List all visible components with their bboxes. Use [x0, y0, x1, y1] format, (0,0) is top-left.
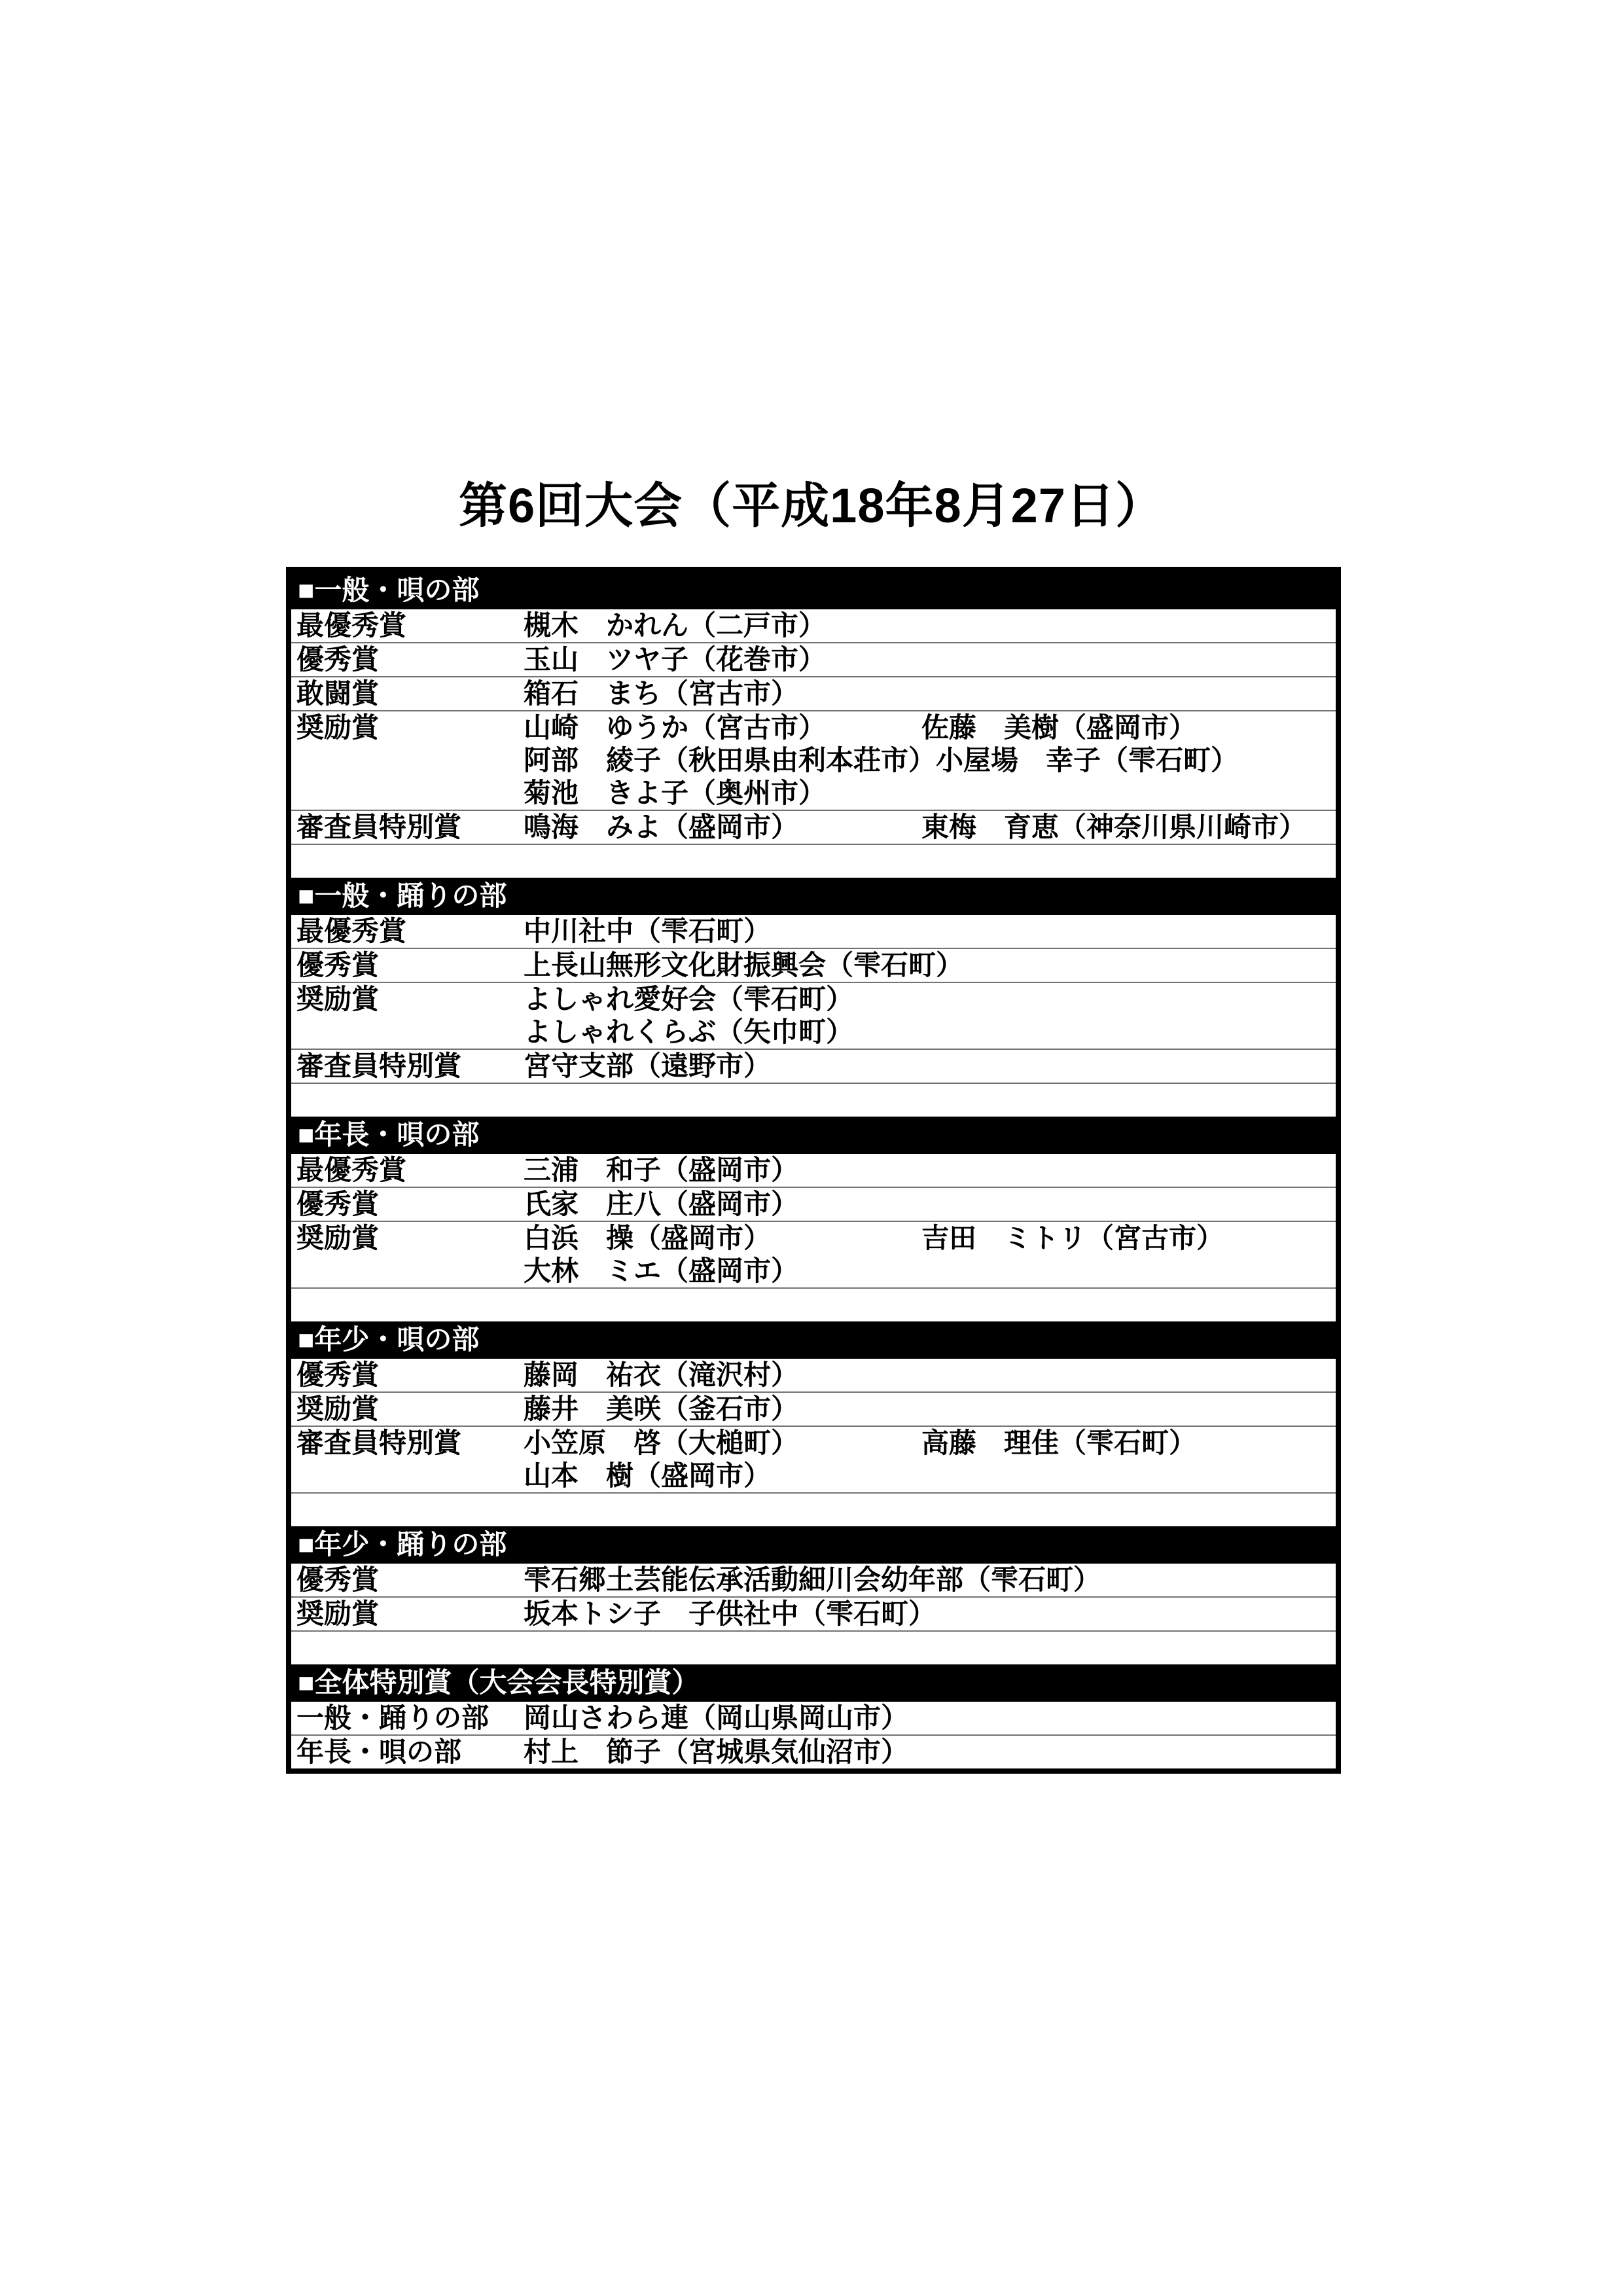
winner-lines: 藤岡 祐衣（滝沢村）: [524, 1359, 1336, 1391]
award-category-label: 奨励賞: [291, 983, 524, 1049]
winner-lines: 箱石 まち（宮古市）: [524, 677, 1336, 710]
winner-lines: 白浜 操（盛岡市） 吉田 ミトリ（宮古市） 大林 ミエ（盛岡市）: [524, 1222, 1336, 1287]
award-section: ■年少・唄の部 優秀賞 藤岡 祐衣（滝沢村） 奨励賞 藤井 美咲（釜石市） 審査…: [291, 1321, 1336, 1526]
awards-table: ■一般・唄の部 最優秀賞 槻木 かれん（二戸市） 優秀賞 玉山 ツヤ子（花巻市）…: [286, 567, 1341, 1774]
winner-primary: 阿部 綾子（秋田県由利本荘市）: [524, 744, 936, 777]
winner-secondary: 高藤 理佳（雫石町）: [921, 1427, 1336, 1460]
winner-line: 氏家 庄八（盛岡市）: [524, 1188, 1336, 1221]
award-row: 優秀賞 玉山 ツヤ子（花巻市）: [291, 642, 1336, 676]
award-category-label: 優秀賞: [291, 1564, 524, 1596]
award-category-label: 優秀賞: [291, 1188, 524, 1221]
winner-line: 白浜 操（盛岡市） 吉田 ミトリ（宮古市）: [524, 1222, 1336, 1255]
winner-line: 大林 ミエ（盛岡市）: [524, 1255, 1336, 1287]
winner-secondary: [921, 777, 1336, 810]
winner-secondary: [1101, 1564, 1336, 1596]
winner-secondary: 東梅 育恵（神奈川県川崎市）: [921, 811, 1336, 844]
winner-secondary: [921, 1359, 1336, 1391]
section-header: ■全体特別賞（大会会長特別賞）: [291, 1664, 1336, 1702]
award-category-label: 審査員特別賞: [291, 1427, 524, 1492]
award-category-label: 奨励賞: [291, 1598, 524, 1630]
winner-lines: よしゃれ愛好会（雫石町） よしゃれくらぶ（矢巾町）: [524, 983, 1336, 1049]
winner-primary: 小笠原 啓（大槌町）: [524, 1427, 921, 1460]
section-rows: 最優秀賞 槻木 かれん（二戸市） 優秀賞 玉山 ツヤ子（花巻市） 敢闘賞 箱石 …: [291, 609, 1336, 878]
award-row: 奨励賞 藤井 美咲（釜石市）: [291, 1391, 1336, 1426]
winner-line: 藤井 美咲（釜石市）: [524, 1393, 1336, 1426]
section-rows: 優秀賞 雫石郷土芸能伝承活動細川会幼年部（雫石町） 奨励賞 坂本トシ子 子供社中…: [291, 1564, 1336, 1664]
winner-secondary: 小屋場 幸子（雫石町）: [936, 744, 1336, 777]
winner-primary: 菊池 きよ子（奥州市）: [524, 777, 921, 810]
award-section: ■一般・唄の部 最優秀賞 槻木 かれん（二戸市） 優秀賞 玉山 ツヤ子（花巻市）…: [291, 572, 1336, 878]
award-category-label: 奨励賞: [291, 1393, 524, 1426]
award-category-label: 奨励賞: [291, 711, 524, 810]
winner-lines: 雫石郷土芸能伝承活動細川会幼年部（雫石町）: [524, 1564, 1336, 1596]
winner-line: 箱石 まち（宮古市）: [524, 677, 1336, 710]
winner-secondary: [921, 1702, 1336, 1734]
winner-secondary: [921, 1050, 1336, 1083]
winner-secondary: [921, 1736, 1336, 1768]
winner-lines: 村上 節子（宮城県気仙沼市）: [524, 1736, 1336, 1768]
page-title: 第6回大会（平成18年8月27日）: [0, 480, 1623, 531]
winner-lines: 中川社中（雫石町）: [524, 915, 1336, 948]
winner-line: 玉山 ツヤ子（花巻市）: [524, 643, 1336, 676]
winner-line: 上長山無形文化財振興会（雫石町）: [524, 949, 1336, 982]
winner-line: 阿部 綾子（秋田県由利本荘市） 小屋場 幸子（雫石町）: [524, 744, 1336, 777]
winner-secondary: [921, 643, 1336, 676]
winner-primary: 上長山無形文化財振興会（雫石町）: [524, 949, 963, 982]
award-row: 優秀賞 雫石郷土芸能伝承活動細川会幼年部（雫石町）: [291, 1564, 1336, 1596]
winner-line: 宮守支部（遠野市）: [524, 1050, 1336, 1083]
winner-secondary: [921, 1016, 1336, 1049]
section-spacer-row: [291, 844, 1336, 878]
section-rows: 最優秀賞 三浦 和子（盛岡市） 優秀賞 氏家 庄八（盛岡市） 奨励賞 白浜 操（…: [291, 1154, 1336, 1321]
winner-primary: 宮守支部（遠野市）: [524, 1050, 921, 1083]
award-category-label: 一般・踊りの部: [291, 1702, 524, 1734]
award-section: ■年長・唄の部 最優秀賞 三浦 和子（盛岡市） 優秀賞 氏家 庄八（盛岡市） 奨…: [291, 1117, 1336, 1321]
winner-primary: 山本 樹（盛岡市）: [524, 1460, 921, 1492]
winner-line: 村上 節子（宮城県気仙沼市）: [524, 1736, 1336, 1768]
winner-lines: 氏家 庄八（盛岡市）: [524, 1188, 1336, 1221]
award-category-label: 審査員特別賞: [291, 1050, 524, 1083]
winner-line: よしゃれくらぶ（矢巾町）: [524, 1016, 1336, 1049]
winner-line: 雫石郷土芸能伝承活動細川会幼年部（雫石町）: [524, 1564, 1336, 1596]
section-spacer-row: [291, 1287, 1336, 1321]
award-row: 優秀賞 氏家 庄八（盛岡市）: [291, 1187, 1336, 1221]
winner-line: 中川社中（雫石町）: [524, 915, 1336, 948]
section-header: ■一般・踊りの部: [291, 878, 1336, 915]
award-category-label: 敢闘賞: [291, 677, 524, 710]
winner-line: 槻木 かれん（二戸市）: [524, 609, 1336, 642]
award-section: ■年少・踊りの部 優秀賞 雫石郷土芸能伝承活動細川会幼年部（雫石町） 奨励賞 坂…: [291, 1526, 1336, 1664]
winner-lines: 藤井 美咲（釜石市）: [524, 1393, 1336, 1426]
winner-lines: 坂本トシ子 子供社中（雫石町）: [524, 1598, 1336, 1630]
winner-secondary: [921, 609, 1336, 642]
award-category-label: 年長・唄の部: [291, 1736, 524, 1768]
winner-primary: 山崎 ゆうか（宮古市）: [524, 711, 921, 744]
winner-line: 鳴海 みよ（盛岡市） 東梅 育恵（神奈川県川崎市）: [524, 811, 1336, 844]
winner-primary: 藤井 美咲（釜石市）: [524, 1393, 921, 1426]
section-header: ■一般・唄の部: [291, 572, 1336, 609]
winner-secondary: [921, 1460, 1336, 1492]
section-spacer-row: [291, 1630, 1336, 1664]
winner-line: 岡山さわら連（岡山県岡山市）: [524, 1702, 1336, 1734]
winner-lines: 岡山さわら連（岡山県岡山市）: [524, 1702, 1336, 1734]
winner-line: 山本 樹（盛岡市）: [524, 1460, 1336, 1492]
award-row: 優秀賞 上長山無形文化財振興会（雫石町）: [291, 948, 1336, 982]
award-section: ■全体特別賞（大会会長特別賞） 一般・踊りの部 岡山さわら連（岡山県岡山市） 年…: [291, 1664, 1336, 1768]
winner-secondary: [921, 915, 1336, 948]
award-row: 最優秀賞 槻木 かれん（二戸市）: [291, 609, 1336, 642]
award-row: 審査員特別賞 宮守支部（遠野市）: [291, 1049, 1336, 1083]
winner-primary: 白浜 操（盛岡市）: [524, 1222, 921, 1255]
winner-lines: 山崎 ゆうか（宮古市） 佐藤 美樹（盛岡市） 阿部 綾子（秋田県由利本荘市） 小…: [524, 711, 1336, 810]
award-row: 奨励賞 よしゃれ愛好会（雫石町） よしゃれくらぶ（矢巾町）: [291, 982, 1336, 1049]
award-row: 最優秀賞 中川社中（雫石町）: [291, 915, 1336, 948]
section-header: ■年長・唄の部: [291, 1117, 1336, 1154]
award-category-label: 審査員特別賞: [291, 811, 524, 844]
winner-line: 小笠原 啓（大槌町） 高藤 理佳（雫石町）: [524, 1427, 1336, 1460]
winner-primary: 雫石郷土芸能伝承活動細川会幼年部（雫石町）: [524, 1564, 1101, 1596]
winner-primary: 三浦 和子（盛岡市）: [524, 1154, 921, 1187]
award-row: 優秀賞 藤岡 祐衣（滝沢村）: [291, 1359, 1336, 1391]
winner-primary: 坂本トシ子 子供社中（雫石町）: [524, 1598, 936, 1630]
award-category-label: 優秀賞: [291, 1359, 524, 1391]
award-row: 最優秀賞 三浦 和子（盛岡市）: [291, 1154, 1336, 1187]
award-row: 奨励賞 坂本トシ子 子供社中（雫石町）: [291, 1596, 1336, 1630]
winner-secondary: [936, 1598, 1336, 1630]
award-row: 奨励賞 白浜 操（盛岡市） 吉田 ミトリ（宮古市） 大林 ミエ（盛岡市）: [291, 1221, 1336, 1287]
winner-lines: 槻木 かれん（二戸市）: [524, 609, 1336, 642]
winner-primary: 藤岡 祐衣（滝沢村）: [524, 1359, 921, 1391]
document-page: 第6回大会（平成18年8月27日） ■一般・唄の部 最優秀賞 槻木 かれん（二戸…: [0, 0, 1623, 2296]
winner-secondary: [921, 1154, 1336, 1187]
section-header: ■年少・唄の部: [291, 1321, 1336, 1359]
winner-primary: 中川社中（雫石町）: [524, 915, 921, 948]
award-row: 審査員特別賞 鳴海 みよ（盛岡市） 東梅 育恵（神奈川県川崎市）: [291, 810, 1336, 844]
winner-secondary: [921, 983, 1336, 1016]
winner-primary: 鳴海 みよ（盛岡市）: [524, 811, 921, 844]
award-row: 審査員特別賞 小笠原 啓（大槌町） 高藤 理佳（雫石町） 山本 樹（盛岡市）: [291, 1426, 1336, 1492]
winner-primary: よしゃれ愛好会（雫石町）: [524, 983, 921, 1016]
winner-lines: 鳴海 みよ（盛岡市） 東梅 育恵（神奈川県川崎市）: [524, 811, 1336, 844]
winner-line: 三浦 和子（盛岡市）: [524, 1154, 1336, 1187]
award-row: 一般・踊りの部 岡山さわら連（岡山県岡山市）: [291, 1702, 1336, 1734]
winner-lines: 三浦 和子（盛岡市）: [524, 1154, 1336, 1187]
winner-primary: よしゃれくらぶ（矢巾町）: [524, 1016, 921, 1049]
section-spacer-row: [291, 1083, 1336, 1117]
winner-primary: 箱石 まち（宮古市）: [524, 677, 921, 710]
winner-line: 坂本トシ子 子供社中（雫石町）: [524, 1598, 1336, 1630]
winner-line: 藤岡 祐衣（滝沢村）: [524, 1359, 1336, 1391]
section-rows: 一般・踊りの部 岡山さわら連（岡山県岡山市） 年長・唄の部 村上 節子（宮城県気…: [291, 1702, 1336, 1768]
winner-line: よしゃれ愛好会（雫石町）: [524, 983, 1336, 1016]
winner-primary: 玉山 ツヤ子（花巻市）: [524, 643, 921, 676]
award-category-label: 優秀賞: [291, 949, 524, 982]
winner-primary: 村上 節子（宮城県気仙沼市）: [524, 1736, 921, 1768]
winner-primary: 大林 ミエ（盛岡市）: [524, 1255, 921, 1287]
winner-secondary: [963, 949, 1336, 982]
winner-line: 山崎 ゆうか（宮古市） 佐藤 美樹（盛岡市）: [524, 711, 1336, 744]
winner-primary: 氏家 庄八（盛岡市）: [524, 1188, 921, 1221]
award-row: 敢闘賞 箱石 まち（宮古市）: [291, 676, 1336, 710]
winner-secondary: [921, 1393, 1336, 1426]
award-row: 年長・唄の部 村上 節子（宮城県気仙沼市）: [291, 1734, 1336, 1768]
winner-secondary: 吉田 ミトリ（宮古市）: [921, 1222, 1336, 1255]
section-rows: 優秀賞 藤岡 祐衣（滝沢村） 奨励賞 藤井 美咲（釜石市） 審査員特別賞 小笠原…: [291, 1359, 1336, 1526]
winner-primary: 槻木 かれん（二戸市）: [524, 609, 921, 642]
winner-secondary: 佐藤 美樹（盛岡市）: [921, 711, 1336, 744]
winner-lines: 宮守支部（遠野市）: [524, 1050, 1336, 1083]
award-category-label: 最優秀賞: [291, 915, 524, 948]
winner-line: 菊池 きよ子（奥州市）: [524, 777, 1336, 810]
section-rows: 最優秀賞 中川社中（雫石町） 優秀賞 上長山無形文化財振興会（雫石町） 奨励賞 …: [291, 915, 1336, 1117]
winner-lines: 上長山無形文化財振興会（雫石町）: [524, 949, 1336, 982]
winner-secondary: [921, 1255, 1336, 1287]
award-category-label: 奨励賞: [291, 1222, 524, 1287]
section-spacer-row: [291, 1492, 1336, 1526]
winner-lines: 小笠原 啓（大槌町） 高藤 理佳（雫石町） 山本 樹（盛岡市）: [524, 1427, 1336, 1492]
award-category-label: 最優秀賞: [291, 609, 524, 642]
section-header: ■年少・踊りの部: [291, 1526, 1336, 1564]
winner-secondary: [921, 677, 1336, 710]
award-section: ■一般・踊りの部 最優秀賞 中川社中（雫石町） 優秀賞 上長山無形文化財振興会（…: [291, 878, 1336, 1117]
winner-lines: 玉山 ツヤ子（花巻市）: [524, 643, 1336, 676]
award-row: 奨励賞 山崎 ゆうか（宮古市） 佐藤 美樹（盛岡市） 阿部 綾子（秋田県由利本荘…: [291, 710, 1336, 810]
award-category-label: 優秀賞: [291, 643, 524, 676]
winner-secondary: [921, 1188, 1336, 1221]
award-category-label: 最優秀賞: [291, 1154, 524, 1187]
winner-primary: 岡山さわら連（岡山県岡山市）: [524, 1702, 921, 1734]
